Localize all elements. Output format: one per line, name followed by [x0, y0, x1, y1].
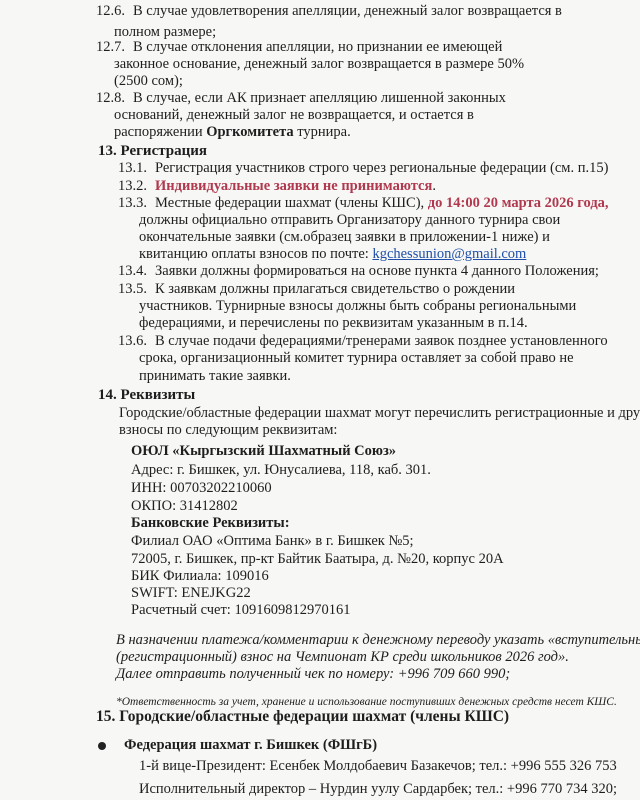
item-12-7-cont: законное основание, денежный залог возвр… — [114, 55, 524, 73]
executive-director-contact: Исполнительный директор – Нурдин уулу Са… — [139, 780, 617, 798]
item-13-3-cont3: квитанцию оплаты взносов по почте: kgche… — [139, 245, 526, 263]
section-15-heading: 15. Городские/областные федерации шахмат… — [96, 708, 509, 726]
item-12-7-cont2: (2500 сом); — [114, 72, 183, 90]
item-12-8-cont: оснований, денежный залог не возвращаетс… — [114, 106, 474, 124]
requisites-intro: Городские/областные федерации шахмат мог… — [119, 404, 640, 422]
vice-president-contact: 1-й вице-Президент: Есенбек Молдобаевич … — [139, 757, 617, 775]
item-13-5-cont2: федерациями, и перечислены по реквизитам… — [139, 314, 528, 332]
bank-requisites-title: Банковские Реквизиты: — [131, 514, 290, 532]
account-number: Расчетный счет: 1091609812970161 — [131, 601, 350, 619]
item-13-3-cont2: окончательные заявки (см.образец заявки … — [139, 228, 550, 246]
item-13-5-cont: участников. Турнирные взносы должны быть… — [139, 297, 576, 315]
item-13-4: 13.4.Заявки должны формироваться на осно… — [118, 262, 599, 280]
item-13-2: 13.2.Индивидуальные заявки не принимаютс… — [118, 177, 436, 195]
item-12-8-cont2: распоряжении Оргкомитета турнира. — [114, 123, 351, 141]
payment-note: В назначении платежа/комментарии к денеж… — [116, 631, 640, 649]
item-13-3-cont: должны официально отправить Организатору… — [139, 211, 560, 229]
organization-address: Адрес: г. Бишкек, ул. Юнусалиева, 118, к… — [131, 461, 431, 479]
item-12-6: 12.6.В случае удовлетворения апелляции, … — [96, 2, 562, 20]
bank-address: 72005, г. Бишкек, пр-кт Байтик Баатыра, … — [131, 550, 504, 568]
okpo: ОКПО: 31412802 — [131, 497, 238, 515]
item-13-1: 13.1.Регистрация участников строго через… — [118, 159, 608, 177]
item-13-6: 13.6.В случае подачи федерациями/тренера… — [118, 332, 608, 350]
section-14-heading: 14. Реквизиты — [98, 386, 195, 404]
document-page: 12.6.В случае удовлетворения апелляции, … — [0, 0, 640, 800]
payment-note-phone: Далее отправить полученный чек по номеру… — [116, 665, 510, 683]
deadline-text: до 14:00 20 марта 2026 года, — [428, 195, 609, 211]
section-13-heading: 13. Регистрация — [98, 142, 207, 160]
swift: SWIFT: ENEJKG22 — [131, 584, 251, 602]
bank-name: Филиал ОАО «Оптима Банк» в г. Бишкек №5; — [131, 532, 414, 550]
item-13-6-cont2: принимать такие заявки. — [139, 367, 291, 385]
item-13-3: 13.3.Местные федерации шахмат (члены КШС… — [118, 194, 609, 212]
organization-name: ОЮЛ «Кыргызский Шахматный Союз» — [131, 442, 396, 460]
item-12-7: 12.7.В случае отклонения апелляции, но п… — [96, 38, 502, 56]
requisites-intro-cont: взносы по следующим реквизитам: — [119, 421, 337, 439]
federation-bishkek: Федерация шахмат г. Бишкек (ФШгБ) — [98, 736, 377, 754]
inn: ИНН: 00703202210060 — [131, 479, 272, 497]
bullet-icon — [98, 742, 106, 750]
payment-note-cont: (регистрационный) взнос на Чемпионат КР … — [116, 648, 569, 666]
item-12-8: 12.8.В случае, если АК признает апелляци… — [96, 89, 506, 107]
bik: БИК Филиала: 109016 — [131, 567, 269, 585]
item-13-5: 13.5.К заявкам должны прилагаться свидет… — [118, 280, 515, 298]
email-link[interactable]: kgchessunion@gmail.com — [372, 246, 526, 262]
item-13-6-cont: срока, организационный комитет турнира о… — [139, 349, 574, 367]
